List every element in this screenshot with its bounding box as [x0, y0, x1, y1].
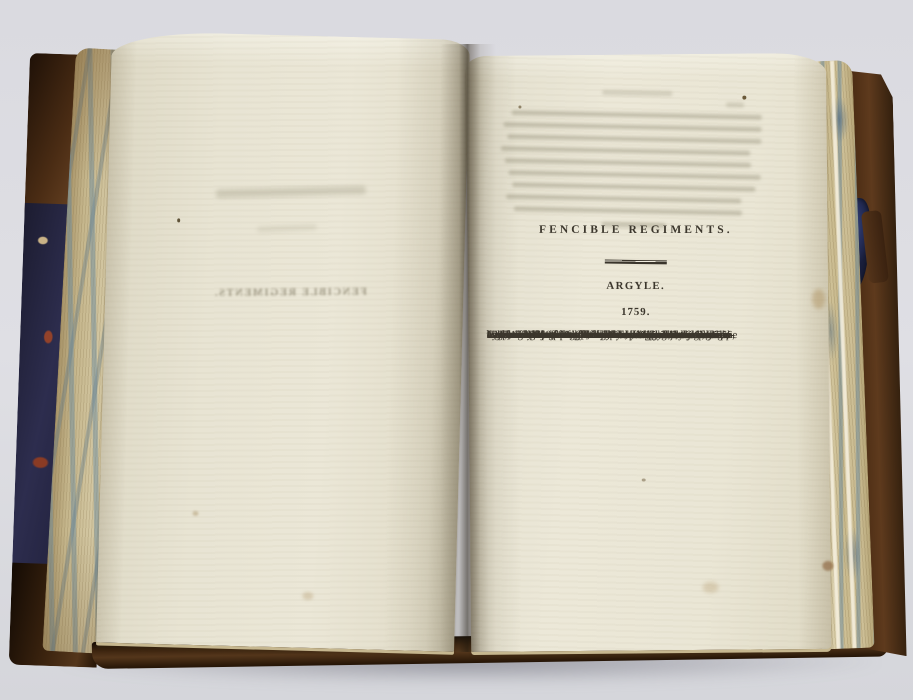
left-blank-page: FENCIBLE REGIMENTS.: [96, 31, 470, 652]
bleed-through-mirrored-title: FENCIBLE REGIMENTS.: [213, 287, 367, 299]
right-text-page: FENCIBLE REGIMENTS. ARGYLE. 1759. Iɴ 175…: [466, 53, 831, 652]
foxing-spot: [742, 96, 746, 100]
text-line: were raised. At that time the Duke of Ar…: [487, 329, 720, 342]
page-heading: FENCIBLE REGIMENTS.: [486, 224, 786, 236]
foxing-spot: [302, 592, 313, 600]
printed-text-column: FENCIBLE REGIMENTS. ARGYLE. 1759. Iɴ 175…: [485, 56, 786, 652]
section-heading: ARGYLE.: [486, 280, 786, 292]
bleed-through-smudge: [216, 185, 366, 198]
bleed-through-smudge: [257, 224, 317, 233]
stain: [812, 289, 825, 309]
foxing-spot: [518, 106, 521, 109]
book-gutter-shadow: [440, 44, 496, 652]
stain: [822, 561, 833, 571]
book-photo-scene: FENCIBLE REGIMENTS. FENCIBLE REGIMENTS. …: [0, 0, 913, 700]
year-heading: 1759.: [486, 306, 786, 318]
foxing-spot: [177, 218, 180, 222]
foxing-spot: [703, 582, 719, 593]
foxing-spot: [192, 511, 198, 516]
foxing-spot: [642, 478, 646, 481]
heading-rule: [605, 259, 667, 264]
